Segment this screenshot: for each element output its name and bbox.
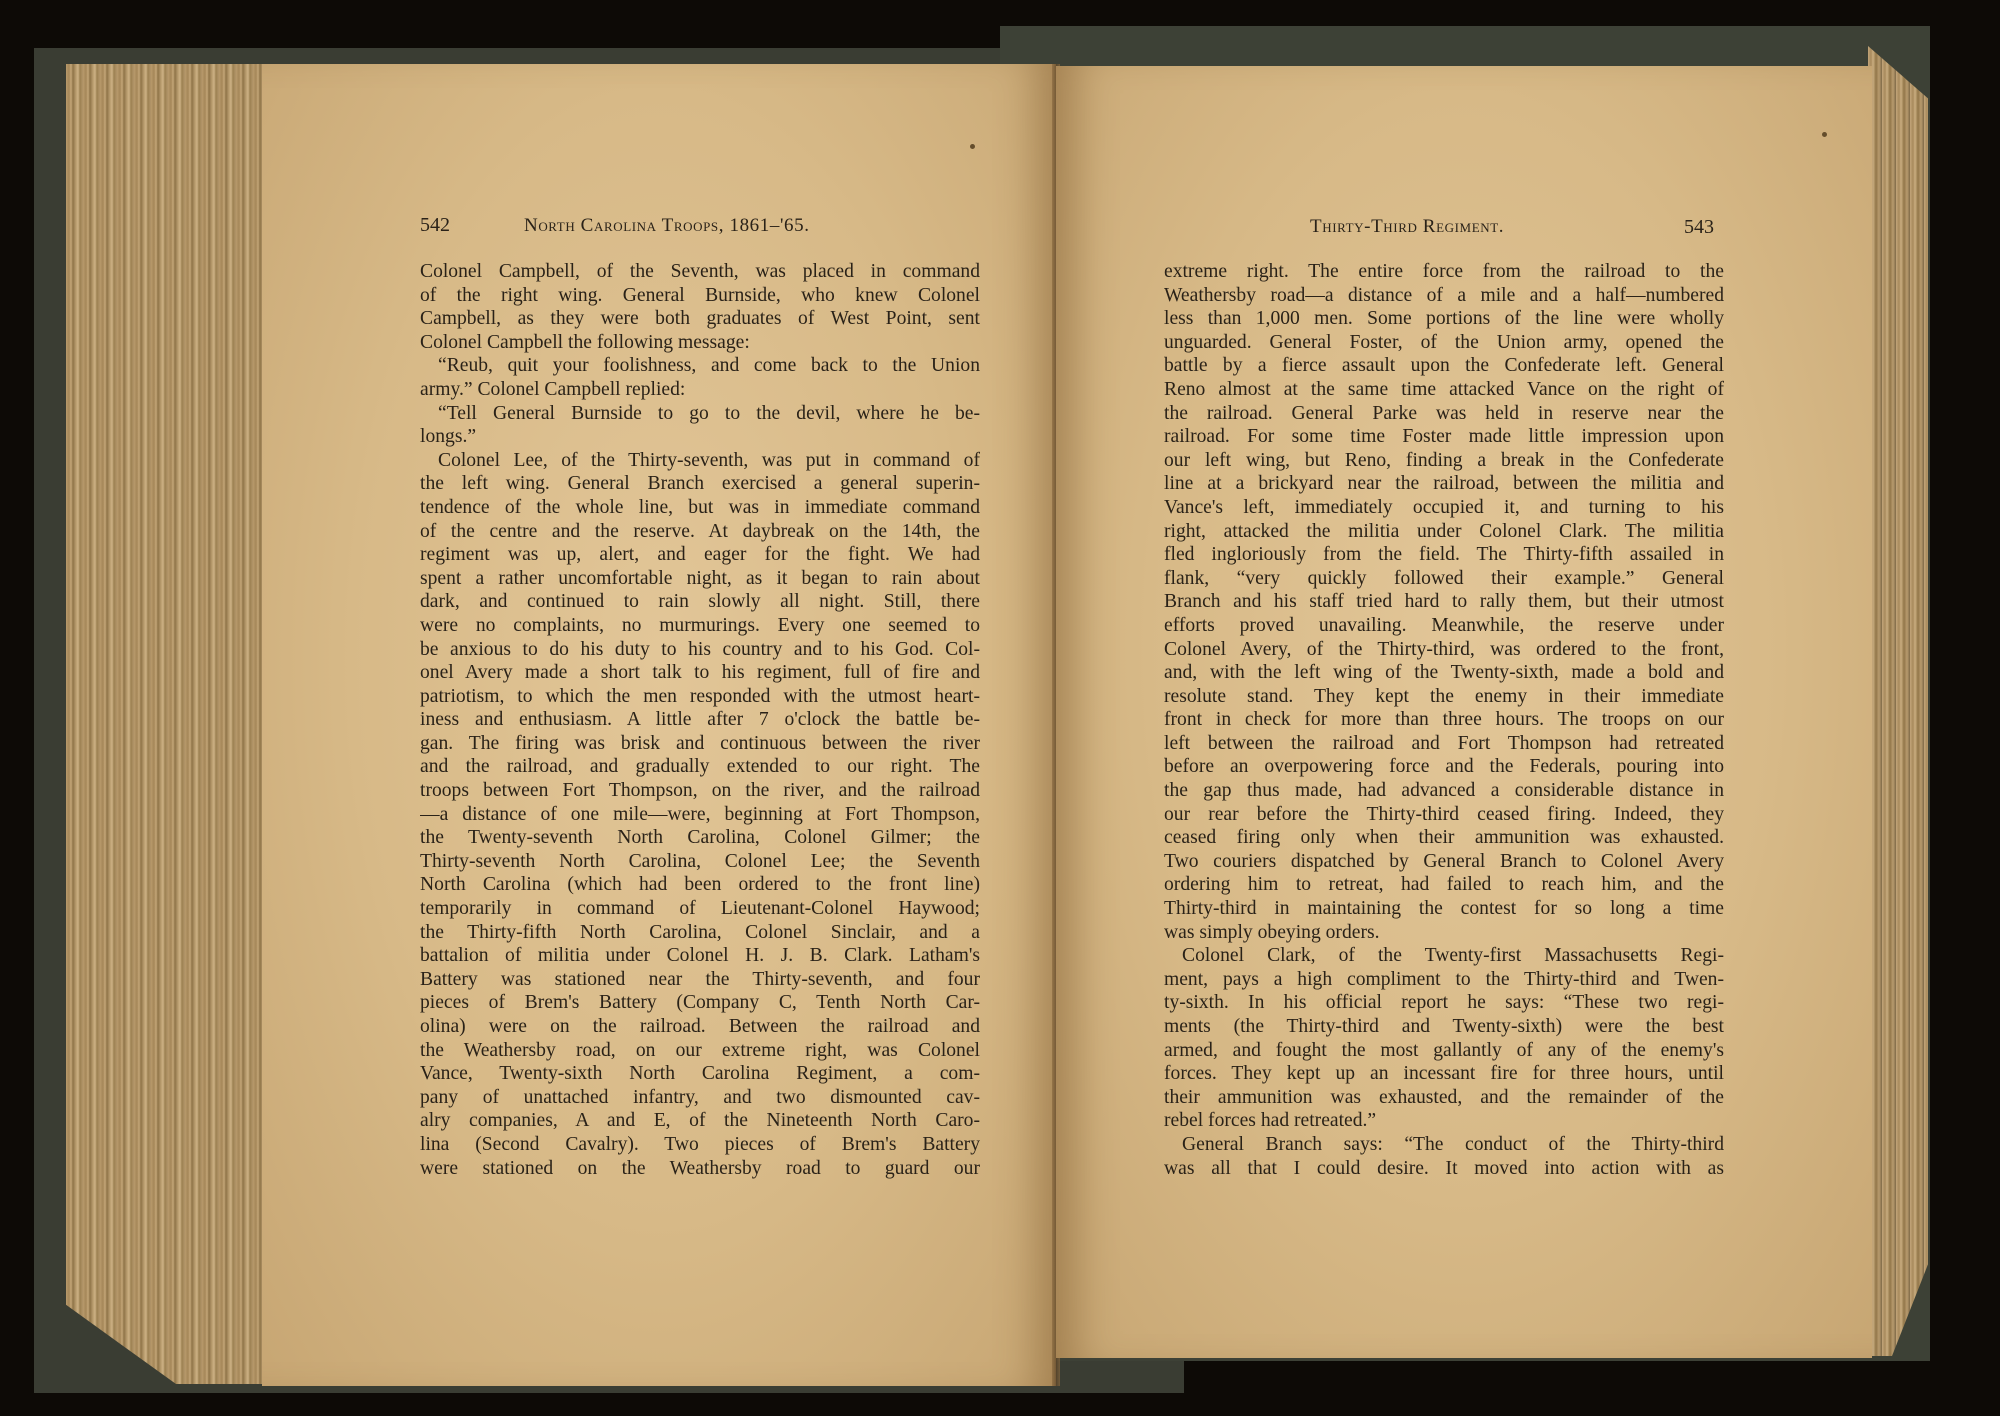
text-line: was simply obeying orders. [1164,921,1724,945]
text-line: resolute stand. They kept the enemy in t… [1164,685,1724,709]
text-line: Two couriers dispatched by General Branc… [1164,850,1724,874]
running-head: North Carolina Troops, 1861–'65. [524,215,810,237]
running-head: Thirty-Third Regiment. [1310,216,1504,238]
text-line: “Reub, quit your foolishness, and come b… [420,354,980,378]
text-line: our rear before the Thirty-third ceased … [1164,803,1724,827]
text-line: tendence of the whole line, but was in i… [420,496,980,520]
text-line: Thirty-third in maintaining the contest … [1164,897,1724,921]
text-line: and the railroad, and gradually extended… [420,755,980,779]
text-line: pieces of Brem's Battery (Company C, Ten… [420,991,980,1015]
text-line: pany of unattached infantry, and two dis… [420,1086,980,1110]
text-line: Reno almost at the same time attacked Va… [1164,378,1724,402]
text-line: rebel forces had retreated.” [1164,1109,1724,1133]
text-line: were no complaints, no murmurings. Every… [420,614,980,638]
text-line: extreme right. The entire force from the… [1164,260,1724,284]
text-line: army.” Colonel Campbell replied: [420,378,980,402]
left-page: 542 North Carolina Troops, 1861–'65. Col… [262,64,1056,1386]
text-line: was all that I could desire. It moved in… [1164,1157,1724,1181]
text-line: our left wing, but Reno, finding a break… [1164,449,1724,473]
text-line: onel Avery made a short talk to his regi… [420,661,980,685]
text-line: Weathersby road—a distance of a mile and… [1164,284,1724,308]
text-line: left between the railroad and Fort Thomp… [1164,732,1724,756]
text-line: and, with the left wing of the Twenty-si… [1164,661,1724,685]
text-line: were stationed on the Weathersby road to… [420,1157,980,1181]
text-line: olina) were on the railroad. Between the… [420,1015,980,1039]
text-line: be anxious to do his duty to his country… [420,638,980,662]
text-line: ments (the Thirty-third and Twenty-sixth… [1164,1015,1724,1039]
text-line: —a distance of one mile—were, beginning … [420,803,980,827]
text-line: gan. The firing was brisk and continuous… [420,732,980,756]
text-line: ordering him to retreat, had failed to r… [1164,873,1724,897]
text-line: Colonel Campbell, of the Seventh, was pl… [420,260,980,284]
text-line: of the right wing. General Burnside, who… [420,284,980,308]
text-line: ceased firing only when their ammunition… [1164,826,1724,850]
text-line: dark, and continued to rain slowly all n… [420,590,980,614]
text-line: fled ingloriously from the field. The Th… [1164,543,1724,567]
text-line: temporarily in command of Lieutenant-Col… [420,897,980,921]
text-line: Colonel Lee, of the Thirty-seventh, was … [420,449,980,473]
text-line: the Thirty-fifth North Carolina, Colonel… [420,921,980,945]
text-line: efforts proved unavailing. Meanwhile, th… [1164,614,1724,638]
body-text-right: extreme right. The entire force from the… [1164,260,1724,1180]
text-line: battalion of militia under Colonel H. J.… [420,944,980,968]
text-line: General Branch says: “The conduct of the… [1164,1133,1724,1157]
page-number: 542 [420,214,450,237]
text-line: before an overpowering force and the Fed… [1164,755,1724,779]
text-line: front in check for more than three hours… [1164,708,1724,732]
text-line: ment, pays a high compliment to the Thir… [1164,968,1724,992]
text-line: battle by a fierce assault upon the Conf… [1164,354,1724,378]
text-line: alry companies, A and E, of the Nineteen… [420,1109,980,1133]
text-line: troops between Fort Thompson, on the riv… [420,779,980,803]
page-number: 543 [1684,216,1714,239]
text-line: Vance's left, immediately occupied it, a… [1164,496,1724,520]
right-page: Thirty-Third Regiment. 543 extreme right… [1056,66,1872,1358]
text-line: railroad. For some time Foster made litt… [1164,425,1724,449]
text-line: right, attacked the militia under Colone… [1164,520,1724,544]
text-line: Battery was stationed near the Thirty-se… [420,968,980,992]
text-line: Colonel Campbell the following message: [420,331,980,355]
text-line: the Weathersby road, on our extreme righ… [420,1039,980,1063]
text-line: unguarded. General Foster, of the Union … [1164,331,1724,355]
text-line: armed, and fought the most gallantly of … [1164,1039,1724,1063]
text-line: line at a brickyard near the railroad, b… [1164,472,1724,496]
text-line: less than 1,000 men. Some portions of th… [1164,307,1724,331]
text-line: the railroad. General Parke was held in … [1164,402,1724,426]
text-line: regiment was up, alert, and eager for th… [420,543,980,567]
paper-speck [1822,132,1827,137]
text-line: the left wing. General Branch exercised … [420,472,980,496]
text-line: their ammunition was exhausted, and the … [1164,1086,1724,1110]
text-line: lina (Second Cavalry). Two pieces of Bre… [420,1133,980,1157]
text-line: the gap thus made, had advanced a consid… [1164,779,1724,803]
text-line: the Twenty-seventh North Carolina, Colon… [420,826,980,850]
text-line: forces. They kept up an incessant fire f… [1164,1062,1724,1086]
text-line: patriotism, to which the men responded w… [420,685,980,709]
body-text-left: Colonel Campbell, of the Seventh, was pl… [420,260,980,1180]
paper-speck [970,144,975,149]
text-line: North Carolina (which had been ordered t… [420,873,980,897]
text-line: Branch and his staff tried hard to rally… [1164,590,1724,614]
text-line: “Tell General Burnside to go to the devi… [420,402,980,426]
text-line: iness and enthusiasm. A little after 7 o… [420,708,980,732]
text-line: longs.” [420,425,980,449]
text-line: Colonel Avery, of the Thirty-third, was … [1164,638,1724,662]
text-line: Vance, Twenty-sixth North Carolina Regim… [420,1062,980,1086]
text-line: Thirty-seventh North Carolina, Colonel L… [420,850,980,874]
page-edges-right [1868,46,1928,1356]
text-line: Campbell, as they were both graduates of… [420,307,980,331]
text-line: ty-sixth. In his official report he says… [1164,991,1724,1015]
text-line: Colonel Clark, of the Twenty-first Massa… [1164,944,1724,968]
page-edges-left [66,64,266,1384]
text-line: spent a rather uncomfortable night, as i… [420,567,980,591]
text-line: flank, “very quickly followed their exam… [1164,567,1724,591]
text-line: of the centre and the reserve. At daybre… [420,520,980,544]
